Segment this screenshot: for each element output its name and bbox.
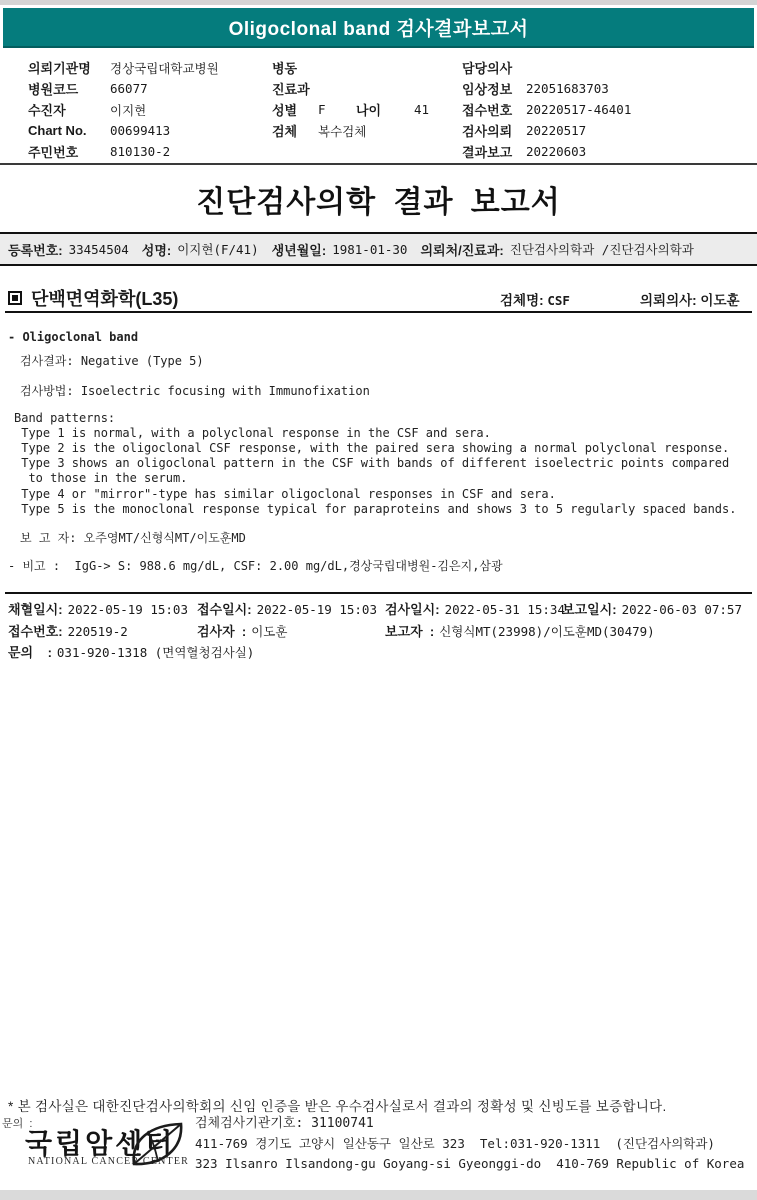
top-gray-strip xyxy=(0,0,757,5)
section-title-text: 단백면역화학(L35) xyxy=(31,285,178,311)
footer-field-label: 보고일시: xyxy=(562,599,617,618)
header-info-col1: 의뢰기관명경상국립대학교병원 병원코드66077 수진자이지현 Chart No… xyxy=(28,57,219,162)
test-result-line: 검사결과: Negative (Type 5) xyxy=(20,352,204,369)
org-code-line: 검체검사기관기호: 31100741 xyxy=(195,1114,744,1134)
footer-field-value: 031-920-1318 (면역혈청검사실) xyxy=(57,643,254,661)
footer-divider-line xyxy=(5,592,752,594)
field-value: 이지현 xyxy=(110,101,146,119)
band-pattern-line: Type 4 or "mirror"-type has similar olig… xyxy=(14,487,556,501)
patient-info-bar: 등록번호:33454504 성명:이지현(F/41) 생년월일:1981-01-… xyxy=(0,232,757,266)
footer-info-row-1: 채혈일시:2022-05-19 15:03 접수일시:2022-05-19 15… xyxy=(8,599,753,618)
footer-field-value: 2022-06-03 07:57 xyxy=(622,602,742,617)
field-label: 병원코드 xyxy=(28,79,110,98)
field-label: 병동 xyxy=(272,58,318,77)
footer-info-row-3: 문의 :031-920-1318 (면역혈청검사실) xyxy=(8,642,753,661)
report-main-title: 진단검사의학 결과 보고서 xyxy=(0,177,757,221)
patient-field-value: 진단검사의학과 /진단검사의학과 xyxy=(510,240,694,258)
header-info-col3: 담당의사 임상정보22051683703 접수번호20220517-46401 … xyxy=(462,57,631,162)
footer-field-value: 220519-2 xyxy=(68,624,128,639)
band-pattern-line: to those in the serum. xyxy=(14,471,187,485)
footer-field-label: 문의 : xyxy=(8,642,52,661)
field-label: 검사의뢰 xyxy=(462,121,526,140)
footer-info-row-2: 접수번호:220519-2 검사자 :이도훈 보고자 :신형식MT(23998)… xyxy=(8,621,753,640)
report-title-bar-text: Oligoclonal band 검사결과보고서 xyxy=(229,14,529,41)
patient-field-label: 등록번호: xyxy=(8,240,63,259)
field-label: 담당의사 xyxy=(462,58,526,77)
header-info: 의뢰기관명경상국립대학교병원 병원코드66077 수진자이지현 Chart No… xyxy=(0,57,757,160)
square-bullet-icon xyxy=(8,291,22,305)
footer-field-label: 보고자 : xyxy=(385,621,434,640)
field-value: 경상국립대학교병원 xyxy=(110,59,219,77)
report-title-bar: Oligoclonal band 검사결과보고서 xyxy=(3,8,754,48)
patient-field-value: 1981-01-30 xyxy=(332,242,407,257)
specimen-label: 검체명: xyxy=(500,293,547,308)
org-address-block: 검체검사기관기호: 31100741 411-769 경기도 고양시 일산동구 … xyxy=(195,1114,744,1174)
field-label: 의뢰기관명 xyxy=(28,58,110,77)
request-doctor-field: 의뢰의사: 이도훈 xyxy=(640,289,740,309)
organization-footer: 문의 : 국립암센터 NATIONAL CANCER CENTER 검체검사기관… xyxy=(0,1112,757,1188)
field-label: 나이 xyxy=(356,100,402,119)
org-address-en: 323 Ilsanro Ilsandong-gu Goyang-si Gyeon… xyxy=(195,1154,744,1174)
field-value: 00699413 xyxy=(110,123,170,138)
field-label: Chart No. xyxy=(28,123,110,138)
patient-field-value: 이지현(F/41) xyxy=(177,240,258,258)
field-value: 20220517-46401 xyxy=(526,102,631,117)
footer-field-value: 신형식MT(23998)/이도훈MD(30479) xyxy=(439,622,654,640)
band-pattern-line: Type 5 is the monoclonal response typica… xyxy=(14,502,736,516)
leaf-logo-icon xyxy=(128,1118,186,1170)
field-label: 접수번호 xyxy=(462,100,526,119)
field-label: 성별 xyxy=(272,100,318,119)
specimen-field: 검체명: CSF xyxy=(500,289,570,309)
header-info-col2: 병동 진료과 성별 F 나이 41 검체복수검체 xyxy=(272,57,448,141)
patient-field-value: 33454504 xyxy=(69,242,129,257)
field-value: 20220517 xyxy=(526,123,586,138)
field-value: F xyxy=(318,102,352,117)
patient-field-label: 의뢰처/진료과: xyxy=(420,240,503,259)
request-doctor-label: 의뢰의사: xyxy=(640,293,700,308)
field-label: 진료과 xyxy=(272,79,318,98)
section-underline xyxy=(5,311,752,313)
field-value: 810130-2 xyxy=(110,144,170,159)
specimen-value: CSF xyxy=(547,293,570,308)
field-value: 22051683703 xyxy=(526,81,609,96)
field-label: 검체 xyxy=(272,121,318,140)
field-label: 주민번호 xyxy=(28,142,110,161)
band-patterns-title: Band patterns: xyxy=(14,411,115,425)
field-value: 복수검체 xyxy=(318,122,352,140)
field-value: 66077 xyxy=(110,81,148,96)
note-line: - 비고 : IgG-> S: 988.6 mg/dL, CSF: 2.00 m… xyxy=(8,557,503,574)
field-label: 결과보고 xyxy=(462,142,526,161)
field-value: 20220603 xyxy=(526,144,586,159)
org-address-kr: 411-769 경기도 고양시 일산동구 일산로 323 Tel:031-920… xyxy=(195,1134,744,1154)
field-label: 임상정보 xyxy=(462,79,526,98)
footer-field-label: 채혈일시: xyxy=(8,599,63,618)
patient-field-label: 성명: xyxy=(142,240,171,259)
footer-field-value: 이도훈 xyxy=(251,622,287,640)
band-pattern-line: Type 2 is the oligoclonal CSF response, … xyxy=(14,441,729,455)
footer-field-label: 검사자 : xyxy=(197,621,246,640)
footer-field-label: 검사일시: xyxy=(385,599,440,618)
section-header: 단백면역화학(L35) 검체명: CSF 의뢰의사: 이도훈 xyxy=(8,285,749,309)
footer-field-label: 접수일시: xyxy=(197,599,252,618)
test-method-line: 검사방법: Isoelectric focusing with Immunofi… xyxy=(20,382,370,399)
field-label: 수진자 xyxy=(28,100,110,119)
footer-field-value: 2022-05-19 15:03 xyxy=(68,602,188,617)
header-divider-line xyxy=(0,163,757,165)
band-pattern-line: Type 3 shows an oligoclonal pattern in t… xyxy=(14,456,729,470)
report-page: Oligoclonal band 검사결과보고서 의뢰기관명경상국립대학교병원 … xyxy=(0,0,757,1200)
bottom-gray-strip xyxy=(0,1190,757,1200)
footer-field-value: 2022-05-31 15:34 xyxy=(445,602,565,617)
band-pattern-line: Type 1 is normal, with a polyclonal resp… xyxy=(14,426,491,440)
request-doctor-value: 이도훈 xyxy=(700,293,739,308)
field-value: 41 xyxy=(414,102,448,117)
reporter-line: 보 고 자: 오주영MT/신형식MT/이도훈MD xyxy=(20,529,246,546)
footer-field-label: 접수번호: xyxy=(8,621,63,640)
footer-field-value: 2022-05-19 15:03 xyxy=(257,602,377,617)
patient-field-label: 생년월일: xyxy=(272,240,327,259)
section-title: 단백면역화학(L35) xyxy=(8,285,178,311)
test-name: - Oligoclonal band xyxy=(8,330,138,344)
